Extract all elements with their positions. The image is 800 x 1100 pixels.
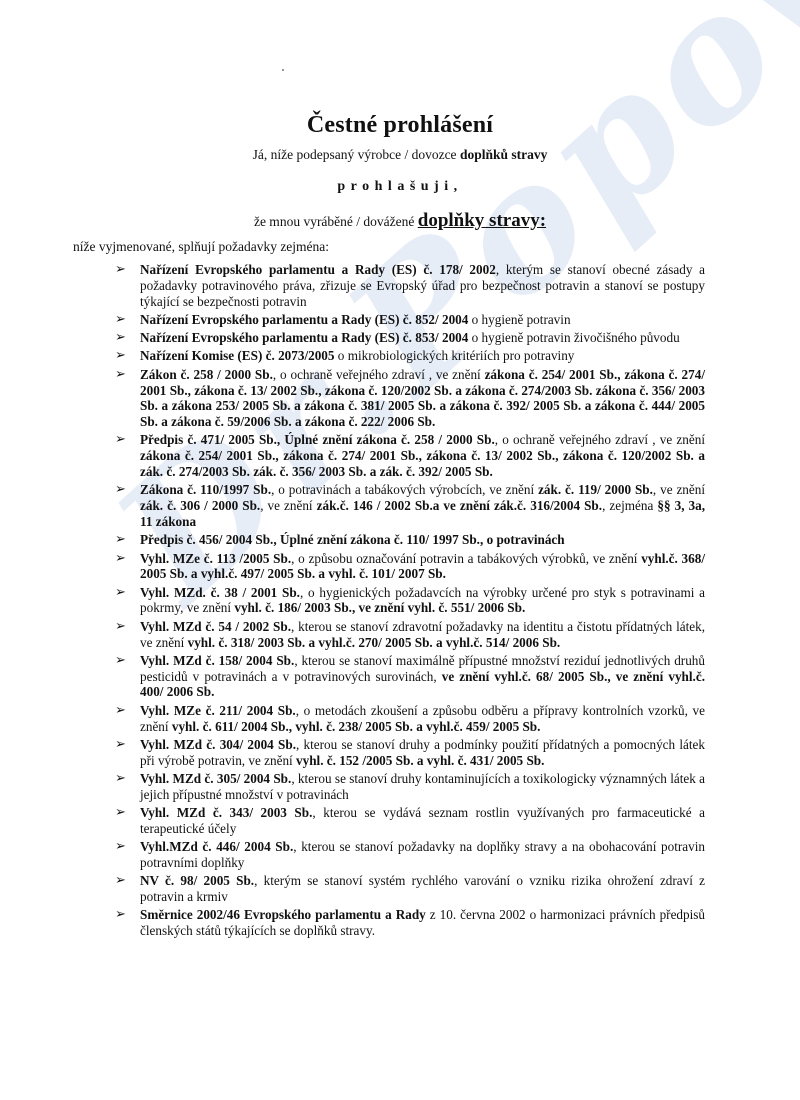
- list-item: ➢Vyhl. MZd č. 305/ 2004 Sb., kterou se s…: [115, 771, 705, 803]
- regulation-reference: Vyhl. MZd. č. 38 / 2001 Sb.: [140, 585, 300, 600]
- regulation-description: o hygieně potravin živočišného původu: [468, 330, 679, 345]
- arrow-bullet-icon: ➢: [115, 367, 126, 383]
- list-item: ➢Zákon č. 258 / 2000 Sb., o ochraně veře…: [115, 367, 705, 430]
- list-item: ➢Vyhl.MZd č. 446/ 2004 Sb., kterou se st…: [115, 839, 705, 871]
- regulation-reference: Předpis č. 456/ 2004 Sb., Úplné znění zá…: [140, 532, 565, 547]
- list-item: ➢Vyhl. MZd č. 343/ 2003 Sb., kterou se v…: [115, 805, 705, 837]
- list-item: ➢Nařízení Evropského parlamentu a Rady (…: [115, 330, 705, 346]
- list-item: ➢Předpis č. 471/ 2005 Sb., Úplné znění z…: [115, 432, 705, 479]
- regulation-reference: Předpis č. 471/ 2005 Sb., Úplné znění zá…: [140, 432, 495, 447]
- regulation-reference: Nařízení Evropského parlamentu a Rady (E…: [140, 262, 496, 277]
- regulation-reference: Vyhl.MZd č. 446/ 2004 Sb.: [140, 839, 293, 854]
- declare-heading: prohlašuji,: [0, 179, 800, 195]
- regulation-reference: Nařízení Evropského parlamentu a Rady (E…: [140, 330, 468, 345]
- list-item: ➢Vyhl. MZd č. 54 / 2002 Sb., kterou se s…: [115, 619, 705, 651]
- arrow-bullet-icon: ➢: [115, 551, 126, 567]
- regulation-reference: Vyhl. MZd č. 305/ 2004 Sb.: [140, 771, 291, 786]
- arrow-bullet-icon: ➢: [115, 585, 126, 601]
- regulation-reference: zák.č. 146 / 2002 Sb.a ve znění zák.č. 3…: [317, 498, 602, 513]
- products-line: že mnou vyráběné / dovážené doplňky stra…: [0, 210, 800, 232]
- regulation-reference: Zákon č. 258 / 2000 Sb.: [140, 367, 273, 382]
- regulation-description: o hygieně potravin: [468, 312, 570, 327]
- regulation-description: , o potravinách a tabákových výrobcích, …: [271, 482, 538, 497]
- intro-text: níže vyjmenované, splňují požadavky zejm…: [73, 239, 329, 255]
- page-title: Čestné prohlášení: [0, 112, 800, 139]
- regulation-reference: Vyhl. MZd č. 304/ 2004 Sb.: [140, 737, 296, 752]
- declarant-bold: doplňků stravy: [460, 147, 547, 162]
- list-item: ➢Vyhl. MZd. č. 38 / 2001 Sb., o hygienic…: [115, 585, 705, 617]
- arrow-bullet-icon: ➢: [115, 262, 126, 278]
- regulation-description: o mikrobiologických kritériích pro potra…: [335, 348, 575, 363]
- arrow-bullet-icon: ➢: [115, 771, 126, 787]
- arrow-bullet-icon: ➢: [115, 873, 126, 889]
- list-item: ➢Nařízení Evropského parlamentu a Rady (…: [115, 312, 705, 328]
- list-item: ➢Předpis č. 456/ 2004 Sb., Úplné znění z…: [115, 532, 705, 548]
- regulation-reference: Vyhl. MZd č. 54 / 2002 Sb.: [140, 619, 291, 634]
- regulation-reference: Vyhl. MZd č. 343/ 2003 Sb.: [140, 805, 312, 820]
- arrow-bullet-icon: ➢: [115, 482, 126, 498]
- arrow-bullet-icon: ➢: [115, 432, 126, 448]
- arrow-bullet-icon: ➢: [115, 839, 126, 855]
- regulation-description: , ve znění: [260, 498, 316, 513]
- declarant-line: Já, níže podepsaný výrobce / dovozce dop…: [0, 147, 800, 163]
- list-item: ➢Vyhl. MZe č. 211/ 2004 Sb., o metodách …: [115, 703, 705, 735]
- regulation-reference: zákona č. 254/ 2001 Sb., zákona č. 274/ …: [140, 448, 705, 479]
- regulation-reference: vyhl. č. 611/ 2004 Sb., vyhl. č. 238/ 20…: [172, 719, 541, 734]
- list-item: ➢NV č. 98/ 2005 Sb., kterým se stanoví s…: [115, 873, 705, 905]
- arrow-bullet-icon: ➢: [115, 330, 126, 346]
- regulation-reference: vyhl. č. 186/ 2003 Sb., ve znění vyhl. č…: [234, 600, 525, 615]
- regulation-reference: Vyhl. MZe č. 211/ 2004 Sb.: [140, 703, 296, 718]
- regulation-reference: zák. č. 306 / 2000 Sb.: [140, 498, 260, 513]
- arrow-bullet-icon: ➢: [115, 653, 126, 669]
- arrow-bullet-icon: ➢: [115, 619, 126, 635]
- scan-speck: [282, 69, 284, 71]
- list-item: ➢Nařízení Evropského parlamentu a Rady (…: [115, 262, 705, 309]
- arrow-bullet-icon: ➢: [115, 907, 126, 923]
- list-item: ➢Vyhl. MZd č. 304/ 2004 Sb., kterou se s…: [115, 737, 705, 769]
- regulation-reference: zák. č. 119/ 2000 Sb.: [538, 482, 653, 497]
- regulation-reference: NV č. 98/ 2005 Sb.: [140, 873, 254, 888]
- regulation-description: , o způsobu označování potravin a tabáko…: [291, 551, 641, 566]
- regulation-reference: Nařízení Komise (ES) č. 2073/2005: [140, 348, 335, 363]
- list-item: ➢Vyhl. MZe č. 113 /2005 Sb., o způsobu o…: [115, 551, 705, 583]
- arrow-bullet-icon: ➢: [115, 737, 126, 753]
- regulation-list: ➢Nařízení Evropského parlamentu a Rady (…: [115, 262, 705, 941]
- regulation-reference: Zákona č. 110/1997 Sb.: [140, 482, 271, 497]
- regulation-reference: vyhl. č. 318/ 2003 Sb. a vyhl.č. 270/ 20…: [188, 635, 561, 650]
- regulation-reference: vyhl. č. 152 /2005 Sb. a vyhl. č. 431/ 2…: [296, 753, 544, 768]
- regulation-reference: Vyhl. MZe č. 113 /2005 Sb.: [140, 551, 291, 566]
- regulation-description: , o ochraně veřejného zdraví , ve znění: [495, 432, 705, 447]
- products-bold: doplňky stravy:: [418, 210, 546, 231]
- list-item: ➢Vyhl. MZd č. 158/ 2004 Sb., kterou se s…: [115, 653, 705, 700]
- products-text: že mnou vyráběné / dovážené: [254, 214, 418, 229]
- declarant-text: Já, níže podepsaný výrobce / dovozce: [253, 147, 460, 162]
- arrow-bullet-icon: ➢: [115, 532, 126, 548]
- arrow-bullet-icon: ➢: [115, 348, 126, 364]
- arrow-bullet-icon: ➢: [115, 312, 126, 328]
- arrow-bullet-icon: ➢: [115, 703, 126, 719]
- regulation-description: , zejména: [602, 498, 657, 513]
- arrow-bullet-icon: ➢: [115, 805, 126, 821]
- regulation-reference: Vyhl. MZd č. 158/ 2004 Sb.: [140, 653, 294, 668]
- regulation-reference: Nařízení Evropského parlamentu a Rady (E…: [140, 312, 468, 327]
- list-item: ➢Zákona č. 110/1997 Sb., o potravinách a…: [115, 482, 705, 529]
- regulation-description: , ve znění: [653, 482, 705, 497]
- list-item: ➢Směrnice 2002/46 Evropského parlamentu …: [115, 907, 705, 939]
- list-item: ➢Nařízení Komise (ES) č. 2073/2005 o mik…: [115, 348, 705, 364]
- regulation-description: , o ochraně veřejného zdraví , ve znění: [273, 367, 485, 382]
- regulation-reference: Směrnice 2002/46 Evropského parlamentu a…: [140, 907, 426, 922]
